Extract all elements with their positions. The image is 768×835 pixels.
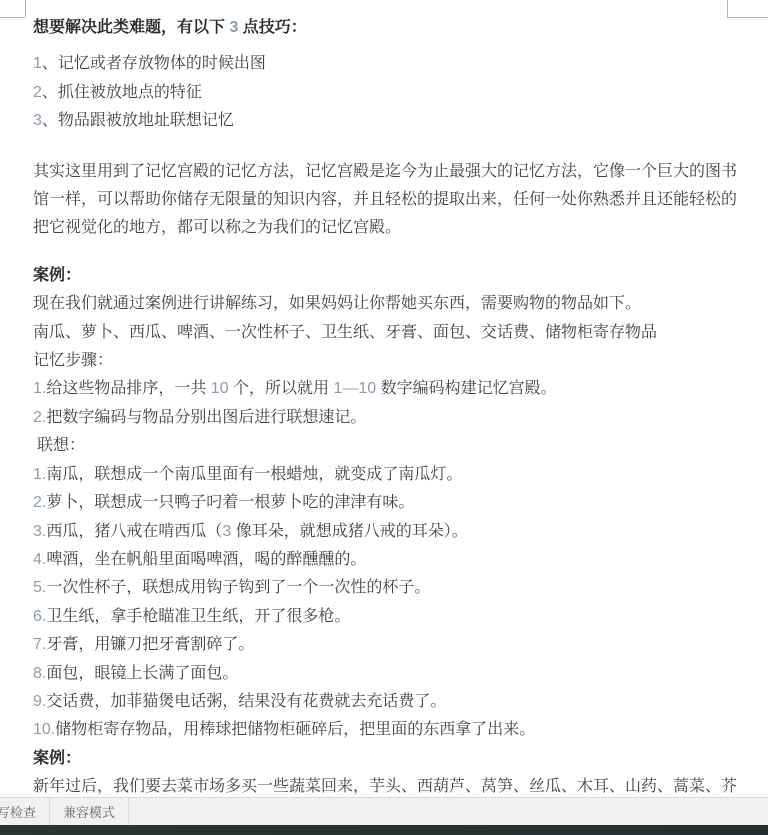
digit-run: 2 [33,84,42,101]
digit-run: 3. [33,523,46,540]
doc-line: 2.萝卜，联想成一只鸭子叼着一根萝卜吃的津津有味。 [33,489,738,517]
doc-line: 记忆步骤： [33,347,738,375]
doc-line: 7.牙膏，用镰刀把牙膏割碎了。 [33,631,738,659]
doc-line: 3.西瓜，猪八戒在啃西瓜（3 像耳朵，就想成猪八戒的耳朵）。 [33,518,738,546]
digit-run: 1. [33,380,46,397]
doc-line: 9.交话费，加菲猫煲电话粥，结果没有花费就去充话费了。 [33,688,738,716]
digit-run: 1. [33,466,46,483]
digit-run: 2. [33,494,46,511]
digit-run: 7. [33,636,46,653]
digit-run: 2. [33,409,46,426]
digit-run: 10 [211,380,229,397]
digit-run: 3 [33,112,42,129]
document-window: 想要解决此类难题，有以下 3 点技巧：1、记忆或者存放物体的时候出图2、抓住被放… [0,0,768,835]
doc-line: 2.把数字编码与物品分别出图后进行联想速记。 [33,404,738,432]
page-margin-mark-top-left [25,0,26,17]
doc-line: 3、物品跟被放地址联想记忆 [33,107,738,135]
digit-run: 3 [229,19,238,36]
doc-line: 4.啤酒，坐在帆船里面喝啤酒，喝的醉醺醺的。 [33,546,738,574]
doc-line: 1.南瓜，联想成一个南瓜里面有一根蜡烛，就变成了南瓜灯。 [33,461,738,489]
page-margin-mark-top-left-line [0,17,25,18]
doc-heading: 案例： [33,745,738,773]
doc-line: 2、抓住被放地点的特征 [33,79,738,107]
status-item-spellcheck[interactable]: 拼写检查 [0,798,50,825]
doc-line: 1.给这些物品排序，一共 10 个，所以就用 1—10 数字编码构建记忆宫殿。 [33,375,738,403]
digit-run: 3 [222,523,231,540]
digit-run: 8. [33,665,46,682]
digit-run: 5. [33,579,46,596]
doc-heading: 想要解决此类难题，有以下 3 点技巧： [33,14,738,42]
digit-run: 10. [33,721,55,738]
digit-run: 9. [33,693,46,710]
doc-line: 南瓜、萝卜、西瓜、啤酒、一次性杯子、卫生纸、牙膏、面包、交话费、储物柜寄存物品 [33,319,738,347]
taskbar-edge [0,825,768,835]
status-item-compatibility-mode[interactable]: 兼容模式 [50,798,129,825]
digit-run: 6. [33,608,46,625]
doc-line: 5.一次性杯子，联想成用钩子钩到了一个一次性的杯子。 [33,574,738,602]
document-content: 想要解决此类难题，有以下 3 点技巧：1、记忆或者存放物体的时候出图2、抓住被放… [33,14,738,802]
doc-line: 联想： [33,432,738,460]
doc-line: 6.卫生纸，拿手枪瞄准卫生纸，开了很多枪。 [33,603,738,631]
doc-line: 1、记忆或者存放物体的时候出图 [33,50,738,78]
doc-heading: 案例： [33,262,738,290]
digit-run: 1 [33,55,42,72]
doc-line: 8.面包，眼镜上长满了面包。 [33,660,738,688]
digit-run: 1—10 [334,380,377,397]
doc-line: 其实这里用到了记忆宫殿的记忆方法，记忆宫殿是迄今为止最强大的记忆方法，它像一个巨… [33,158,738,243]
status-bar: 拼写检查 兼容模式 [0,797,768,825]
doc-line: 现在我们就通过案例进行讲解练习，如果妈妈让你帮她买东西，需要购物的物品如下。 [33,290,738,318]
doc-line: 10.储物柜寄存物品，用棒球把储物柜砸碎后，把里面的东西拿了出来。 [33,716,738,744]
digit-run: 4. [33,551,46,568]
